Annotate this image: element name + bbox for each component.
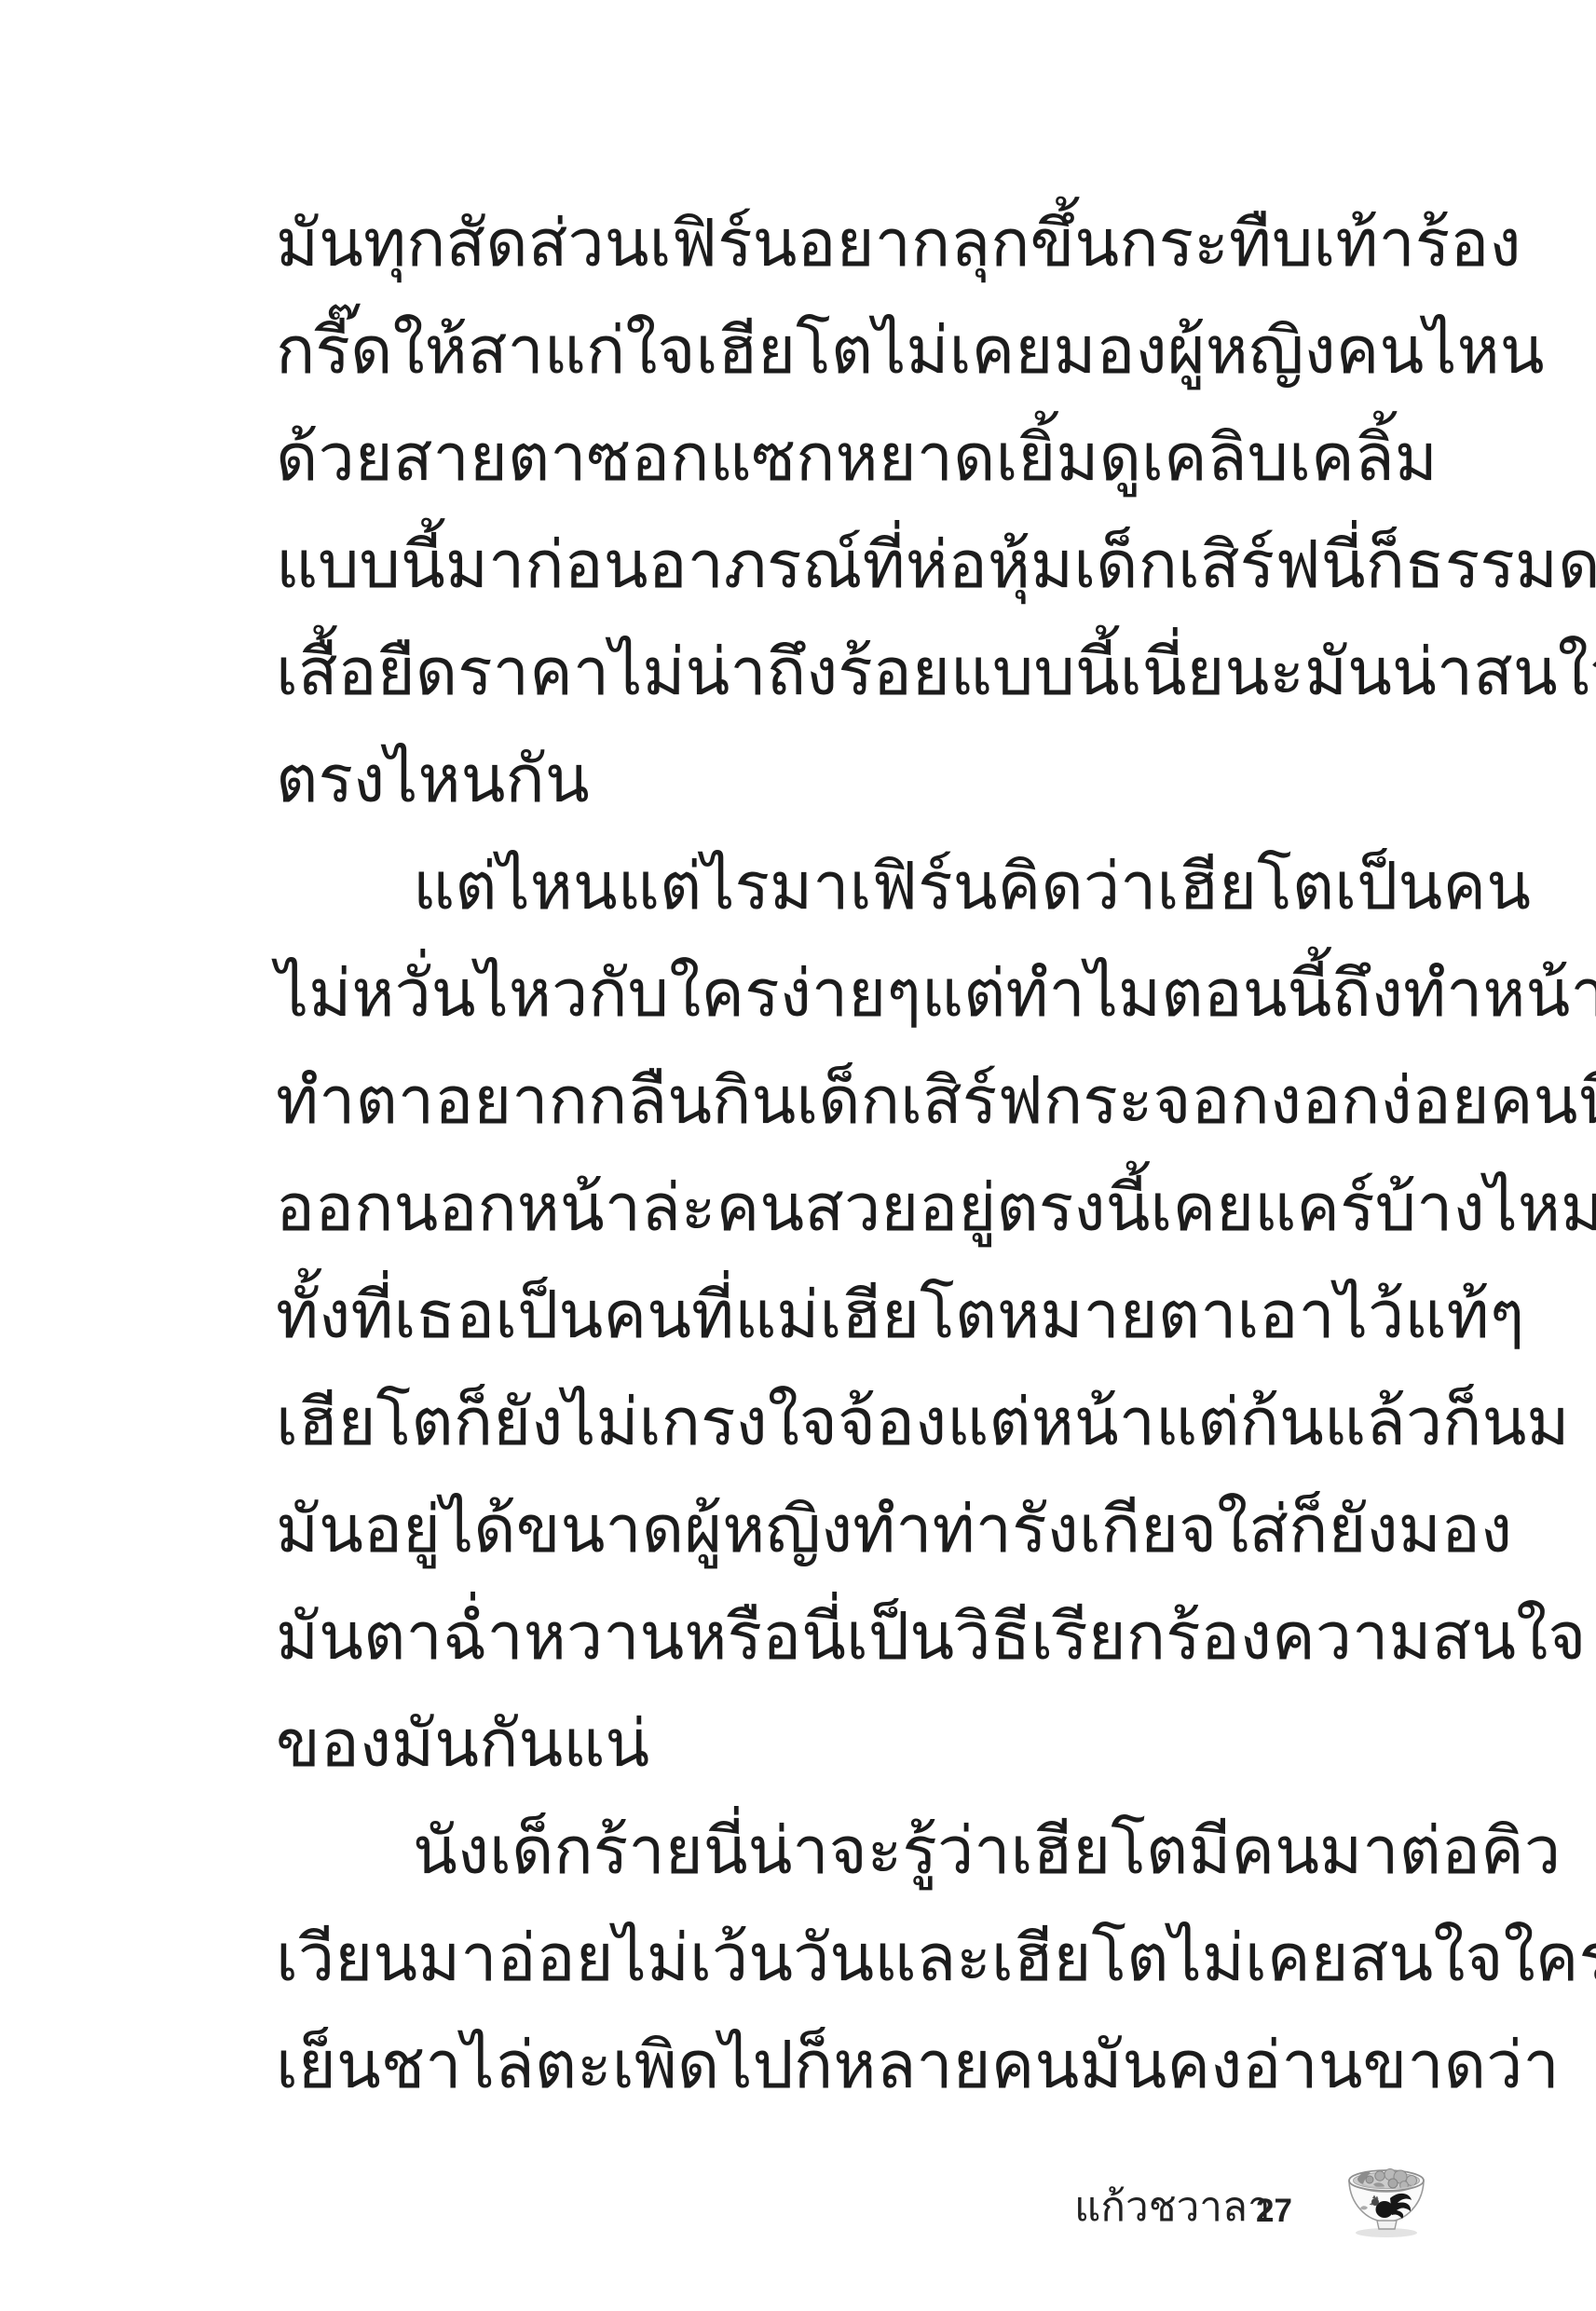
body-text: มันทุกสัดส่วนเฟิร์นอยากลุกขึ้นกระทืบเท้า…	[276, 191, 1409, 2120]
text-run: ดูเคลิบเคลิ้ม	[1099, 405, 1438, 513]
text-run: ทำตาอยากกลืนกินเด็กเสิร์ฟกระจอกงอกง่อยคน…	[276, 1048, 1596, 1155]
text-run: อาภรณ์ที่ห่อหุ้มเด็กเสิร์ฟนี่ก็ธรรมดา	[648, 513, 1596, 620]
text-line: แบบนี้มาก่อนอาภรณ์ที่ห่อหุ้มเด็กเสิร์ฟนี…	[276, 513, 1409, 620]
text-line: ทั้งที่เธอเป็นคนที่แม่เฮียโตหมายตาเอาไว้…	[276, 1263, 1409, 1370]
text-run: เฟิร์นคิดว่าเฮียโตเป็นคน	[850, 834, 1531, 941]
text-line: ไม่หวั่นไหวกับใครง่ายๆแต่ทำไมตอนนี้ถึงทำ…	[276, 941, 1409, 1048]
text-line: ตรงไหนกัน	[276, 727, 1409, 834]
text-run: มันคงอ่านขาดว่า	[1079, 2013, 1559, 2120]
book-page: มันทุกสัดส่วนเฟิร์นอยากลุกขึ้นกระทืบเท้า…	[0, 0, 1596, 2311]
text-line: ทำตาอยากกลืนกินเด็กเสิร์ฟกระจอกงอกง่อยคน…	[276, 1048, 1409, 1155]
footer-book-title: แก้วชวาลา	[1074, 2187, 1271, 2228]
text-run: หรือนี่เป็นวิธีเรียกร้องความสนใจ	[684, 1584, 1586, 1691]
text-run: ของมันกันแน่	[276, 1691, 649, 1798]
text-run: แต่ทำไมตอนนี้ถึงทำหน้า	[921, 941, 1596, 1048]
text-run: แต่ไหนแต่ไรมา	[413, 834, 850, 941]
text-run: คนสวยอยู่ตรงนี้เคยแคร์บ้างไหม	[716, 1155, 1596, 1263]
text-line: ของมันกันแน่	[276, 1691, 1409, 1798]
text-run: ไม่หวั่นไหวกับใครง่ายๆ	[276, 941, 921, 1048]
text-run: ก็ยังมอง	[1289, 1477, 1512, 1584]
text-line: มันทุกสัดส่วนเฟิร์นอยากลุกขึ้นกระทืบเท้า…	[276, 191, 1409, 298]
text-line: มันอยู่ได้ขนาดผู้หญิงทำท่ารังเกียจใส่ก็ย…	[276, 1477, 1409, 1584]
text-run: เสื้อยืดราคาไม่น่าถึงร้อยแบบนี้เนี่ยนะ	[276, 620, 1304, 727]
text-run: นังเด็กร้ายนี่น่าจะรู้ว่าเฮียโตมีคนมาต่อ…	[413, 1798, 1561, 1906]
text-run: ทั้งที่เธอเป็นคนที่แม่เฮียโตหมายตาเอาไว้…	[276, 1263, 1524, 1370]
text-run: กรี๊ดให้สาแก่ใจ	[276, 298, 696, 405]
text-run: หยาดเยิ้ม	[836, 405, 1099, 513]
text-run: เฮียโตไม่เคยมองผู้หญิงคนไหน	[696, 298, 1545, 405]
text-run: แบบนี้มาก่อน	[276, 513, 648, 620]
text-run: มันอยู่ได้	[276, 1477, 516, 1584]
text-line: แต่ไหนแต่ไรมาเฟิร์นคิดว่าเฮียโตเป็นคน	[276, 834, 1409, 941]
text-run: เฮียโตก็ยังไม่เกรงใจ	[276, 1370, 838, 1477]
page-footer: แก้วชวาลา 27	[1071, 2157, 1463, 2260]
text-run: เฟิร์นอยากลุกขึ้นกระทืบเท้าร้อง	[649, 191, 1521, 298]
footer-page-number: 27	[1256, 2195, 1292, 2227]
text-line: ด้วยสายตาซอกแซกหยาดเยิ้มดูเคลิบเคลิ้ม	[276, 405, 1409, 513]
text-line: มันตาฉ่ำหวานหรือนี่เป็นวิธีเรียกร้องความ…	[276, 1584, 1409, 1691]
text-run: ขนาดผู้หญิงทำท่ารังเกียจใส่	[516, 1477, 1289, 1584]
text-line: เวียนมาอ่อยไม่เว้นวันและเฮียโตไม่เคยสนใจ…	[276, 1906, 1409, 2013]
text-line: นังเด็กร้ายนี่น่าจะรู้ว่าเฮียโตมีคนมาต่อ…	[276, 1798, 1409, 1906]
text-run: ออกนอกหน้าล่ะ	[276, 1155, 716, 1263]
text-run: ตรงไหนกัน	[276, 727, 590, 834]
text-run: เย็นชาไล่ตะเพิดไปก็หลายคน	[276, 2013, 1079, 2120]
text-run: มันน่าสนใจ	[1304, 620, 1596, 727]
noodle-bowl-icon	[1342, 2162, 1433, 2240]
text-run: มันตาฉ่ำหวาน	[276, 1584, 684, 1691]
text-run: จ้องแต่หน้าแต่ก้นแล้วก็นม	[838, 1370, 1570, 1477]
text-line: กรี๊ดให้สาแก่ใจเฮียโตไม่เคยมองผู้หญิงคนไ…	[276, 298, 1409, 405]
text-line: เฮียโตก็ยังไม่เกรงใจจ้องแต่หน้าแต่ก้นแล้…	[276, 1370, 1409, 1477]
text-run: และเฮียโตไม่เคยสนใจใคร	[874, 1906, 1596, 2013]
text-run: มันทุกสัดส่วน	[276, 191, 649, 298]
text-line: ออกนอกหน้าล่ะคนสวยอยู่ตรงนี้เคยแคร์บ้างไ…	[276, 1155, 1409, 1263]
text-run: เวียนมาอ่อยไม่เว้นวัน	[276, 1906, 874, 2013]
text-line: เย็นชาไล่ตะเพิดไปก็หลายคนมันคงอ่านขาดว่า	[276, 2013, 1409, 2120]
text-run: ด้วยสายตาซอกแซก	[276, 405, 836, 513]
text-line: เสื้อยืดราคาไม่น่าถึงร้อยแบบนี้เนี่ยนะมั…	[276, 620, 1409, 727]
